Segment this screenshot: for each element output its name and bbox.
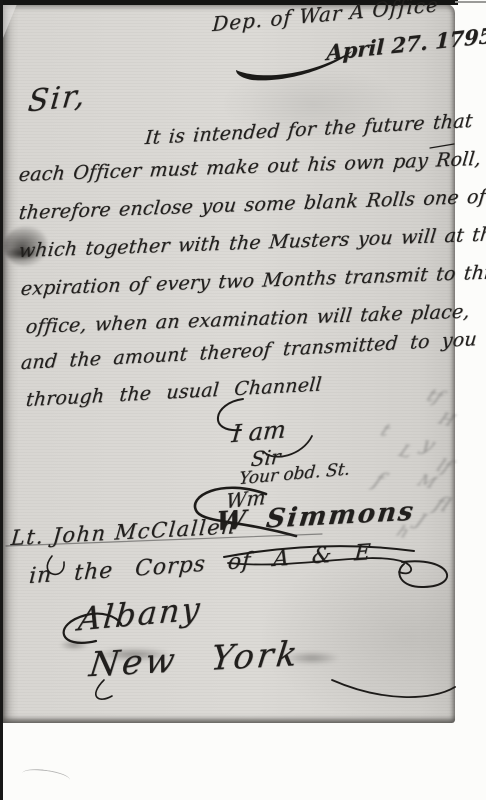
scanned-letter-page: Dep. of War A Office April 27. 1795 Sir,… [0, 0, 486, 800]
pencil-mark [21, 767, 70, 787]
salutation: Sir, [26, 78, 88, 120]
closing-line: I am [231, 415, 287, 448]
ink-smudge [60, 640, 88, 650]
scan-edge-top-right [455, 1, 486, 3]
paper-corner-fold [3, 4, 17, 38]
scan-edge-left [0, 0, 3, 800]
